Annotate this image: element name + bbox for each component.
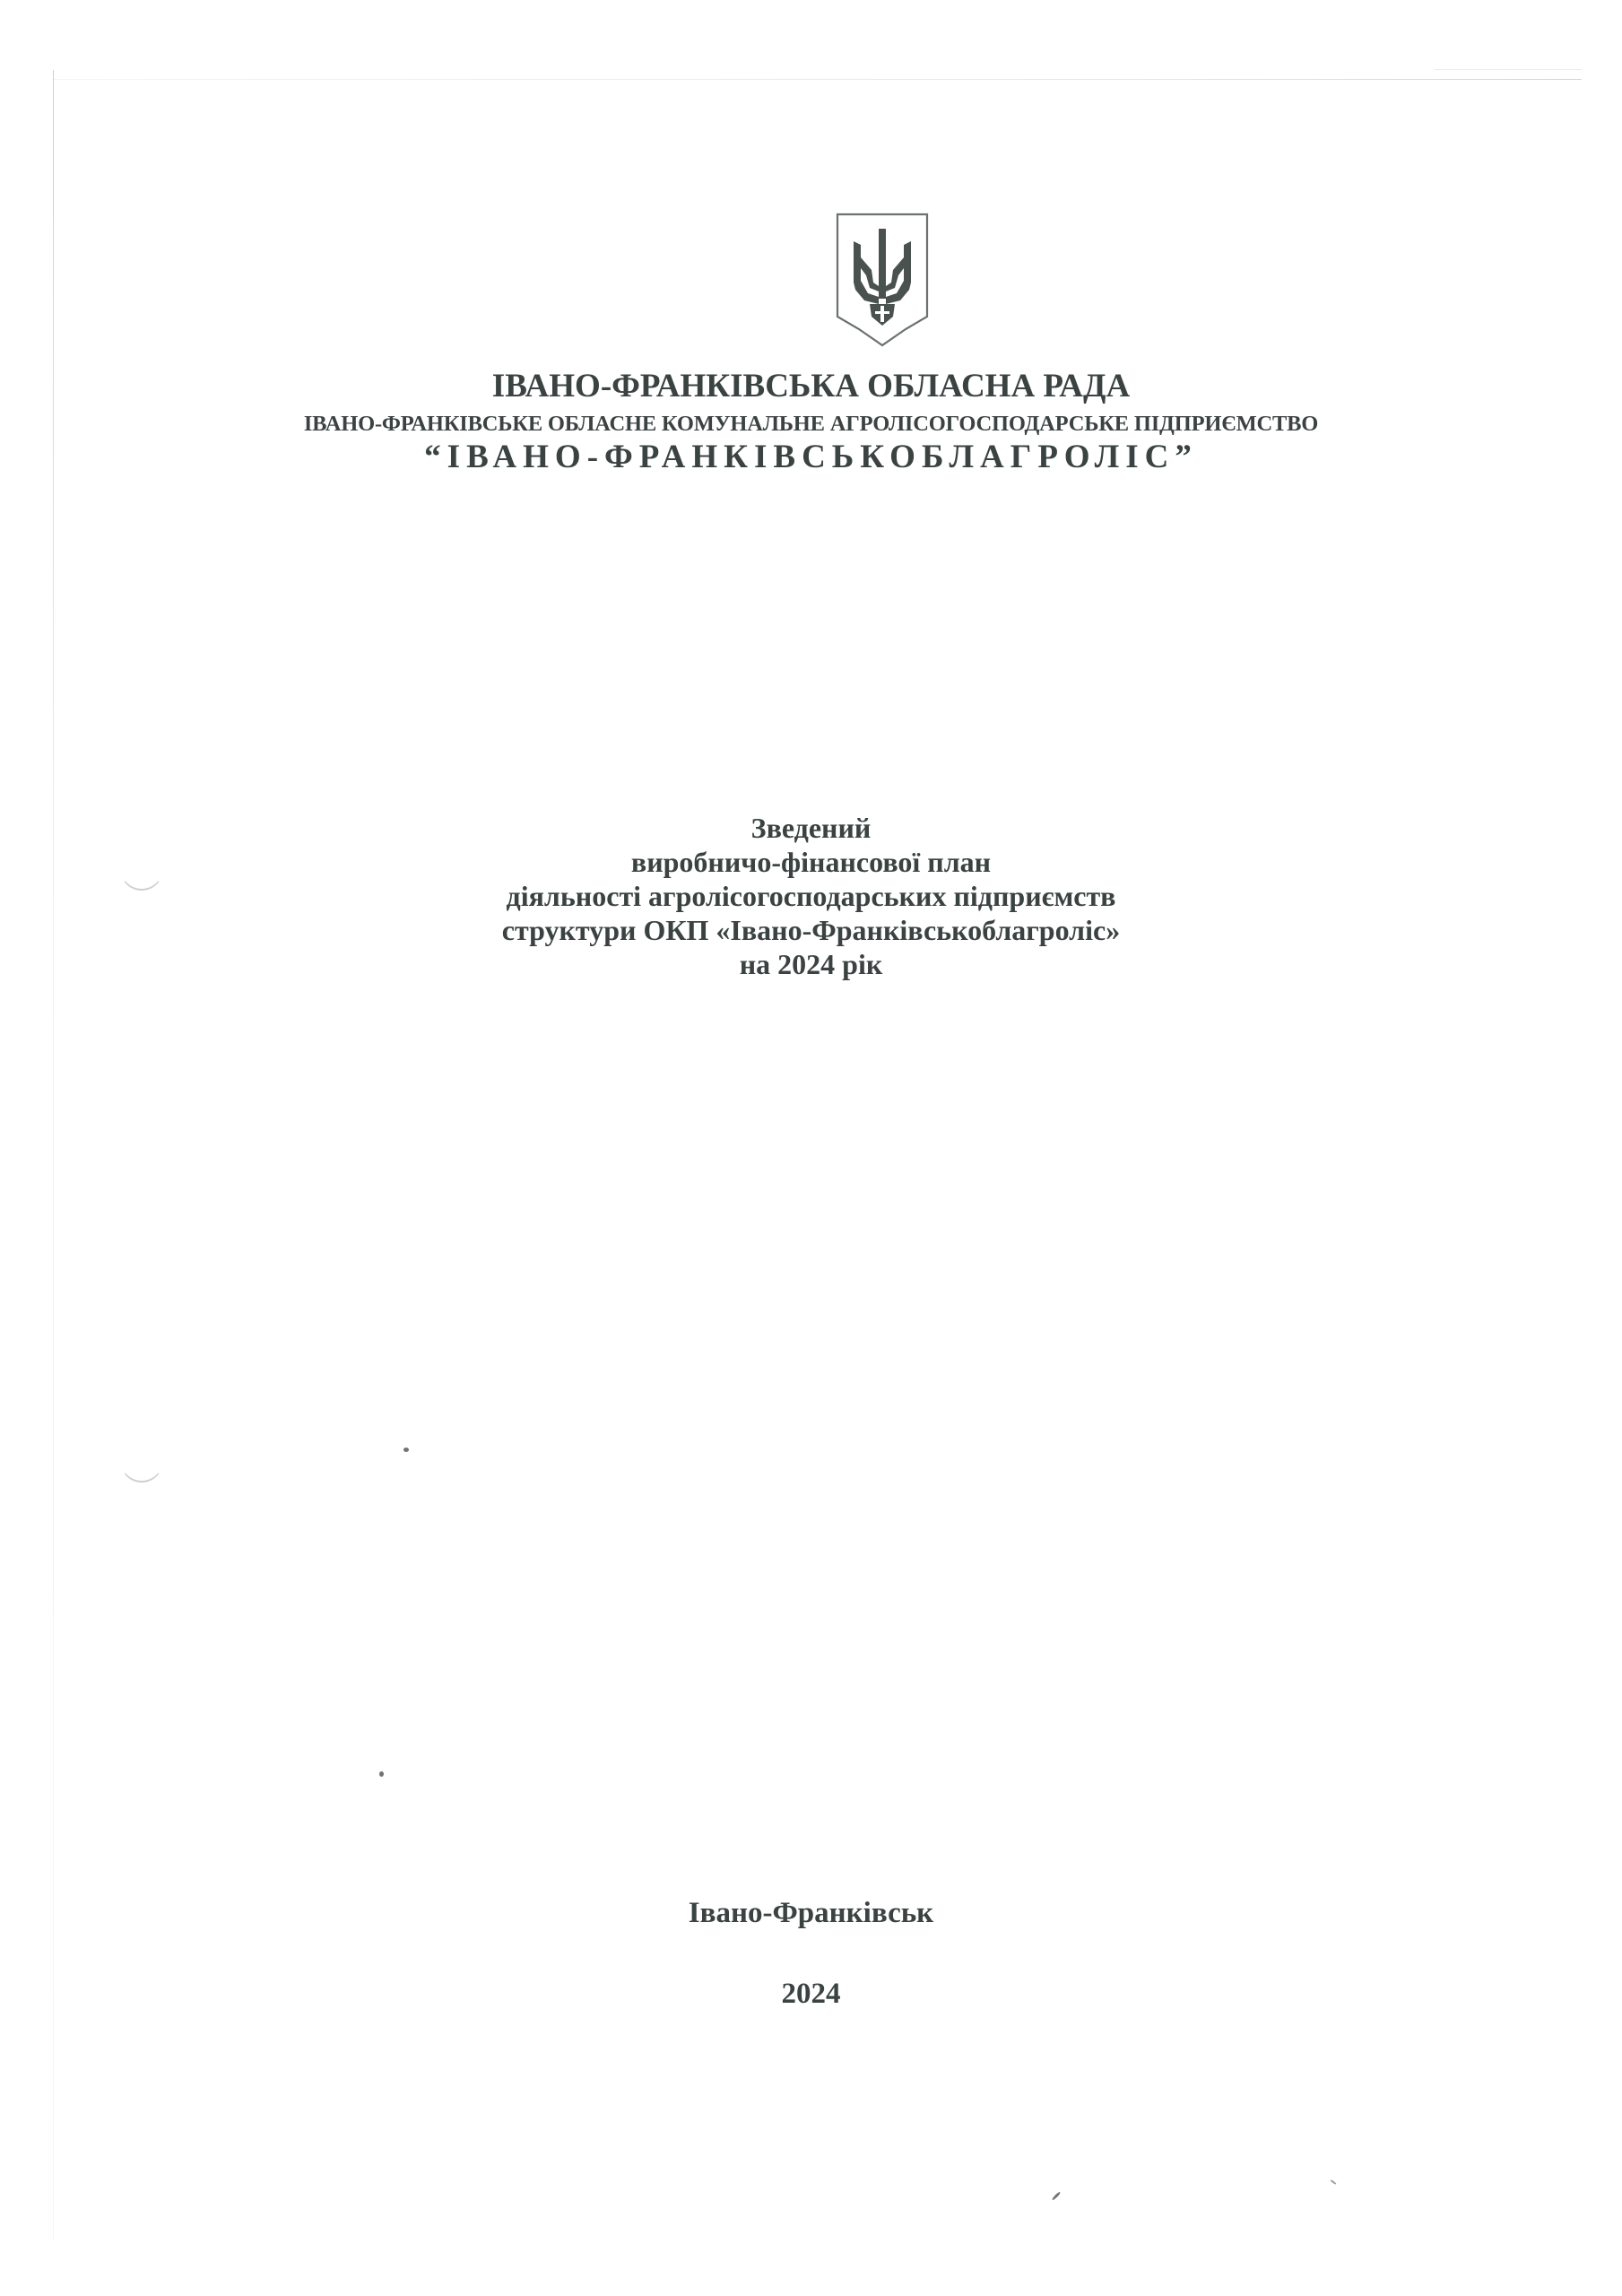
title-line: структури ОКП «Івано-Франківськоблагролі…	[0, 913, 1622, 947]
scan-speck	[1052, 2191, 1062, 2201]
scan-speck	[403, 1448, 409, 1452]
footer-city: Івано-Франківськ	[0, 1897, 1622, 1930]
scan-speck	[1330, 2179, 1337, 2185]
footer-year: 2024	[0, 1978, 1622, 2011]
title-line: на 2024 рік	[0, 947, 1622, 981]
title-line: Зведений	[0, 811, 1622, 845]
title-line: виробничо-фінансової план	[0, 845, 1622, 879]
document-page: ІВАНО-ФРАНКІВСЬКА ОБЛАСНА РАДА ІВАНО-ФРА…	[0, 0, 1622, 2296]
title-line: діяльності агролісогосподарських підприє…	[0, 879, 1622, 913]
punch-hole-mark	[120, 1439, 163, 1483]
scan-speck	[379, 1771, 384, 1777]
enterprise-brand-heading: “ІВАНО-ФРАНКІВСЬКОБЛАГРОЛІС”	[0, 438, 1622, 476]
document-title: Зведений виробничо-фінансової план діяль…	[0, 811, 1622, 981]
enterprise-name-heading: ІВАНО-ФРАНКІВСЬКЕ ОБЛАСНЕ КОМУНАЛЬНЕ АГР…	[0, 412, 1622, 437]
trident-emblem-icon	[834, 211, 931, 350]
scan-edge-top	[54, 79, 1582, 80]
scan-edge-top-secondary	[1435, 69, 1582, 70]
council-name-heading: ІВАНО-ФРАНКІВСЬКА ОБЛАСНА РАДА	[0, 367, 1622, 405]
